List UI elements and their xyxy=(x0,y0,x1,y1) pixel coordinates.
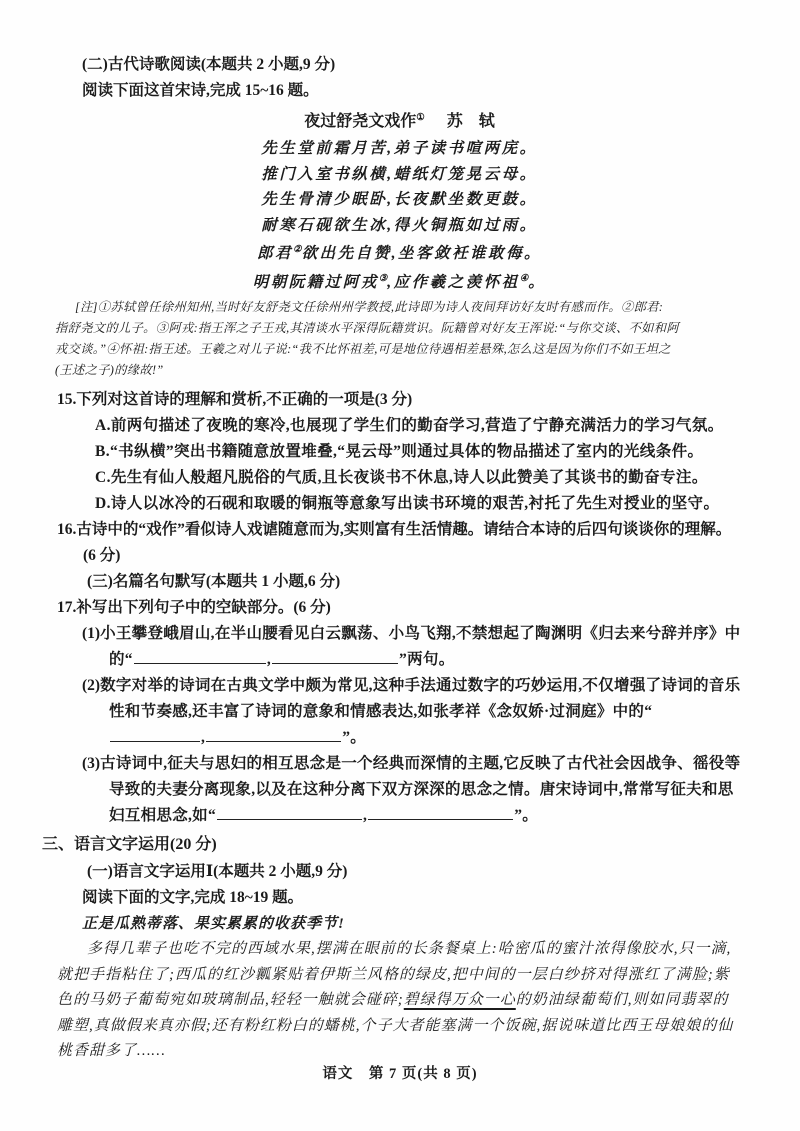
passage-paragraph: 多得几辈子也吃不完的西域水果,摆满在眼前的长条餐桌上:哈密瓜的蜜汁浓得像胶水,只… xyxy=(57,937,742,1065)
answer-blank xyxy=(272,648,398,664)
option: C.先生有仙人般超凡脱俗的气质,且长夜谈书不休息,诗人以此赞美了其谈书的勤奋专注… xyxy=(95,465,742,491)
text-segment: ”两句。 xyxy=(399,651,454,668)
answer-blank xyxy=(217,804,362,820)
answer-blank xyxy=(134,648,266,664)
option: A.前两句描述了夜晚的寒冷,也展现了学生们的勤奋学习,营造了宁静充满活力的学习气… xyxy=(95,413,742,439)
question-15-stem: 下列对这首诗的理解和赏析,不正确的一项是(3 分) xyxy=(76,391,412,408)
poem-line: 明朝阮籍过阿戎③,应作羲之羡怀祖④。 xyxy=(57,267,742,296)
question-16-number: 16. xyxy=(57,521,76,538)
poetry-intro: 阅读下面这首宋诗,完成 15~16 题。 xyxy=(82,78,742,104)
q17-item-1-text: 小王攀登峨眉山,在半山腰看见白云飘荡、小鸟飞翔,不禁想起了陶渊明《归去来兮辞并序… xyxy=(100,625,740,668)
question-16-stem: 古诗中的“戏作”看似诗人戏谑随意而为,实则富有生活情趣。请结合本诗的后四句谈谈你… xyxy=(76,521,731,564)
poem-line: 先生骨清少眠卧,长夜默坐数更鼓。 xyxy=(57,187,742,213)
q17-item-2: (2)数字对举的诗词在古典文学中颇为常见,这种手法通过数字的巧妙运用,不仅增强了… xyxy=(82,673,742,751)
q17-item-3-text: 古诗词中,征夫与思妇的相互思念是一个经典而深情的主题,它反映了古代社会因战争、徭… xyxy=(100,755,740,824)
underlined-phrase: 碧绿得万众一心 xyxy=(404,992,516,1008)
text-segment: 数字对举的诗词在古典文学中颇为常见,这种手法通过数字的巧妙运用,不仅增强了诗词的… xyxy=(100,677,740,720)
q17-item-3: (3)古诗词中,征夫与思妇的相互思念是一个经典而深情的主题,它反映了古代社会因战… xyxy=(82,751,742,829)
text-segment: , xyxy=(267,651,271,668)
text-segment: ”。 xyxy=(342,729,366,746)
option: B.“书纵横”突出书籍随意放置堆叠,“晃云母”则通过具体的物品描述了室内的光线条… xyxy=(95,439,742,465)
text-segment: , xyxy=(363,807,367,824)
poem-line: 耐寒石砚欲生冰,得火铜瓶如过雨。 xyxy=(57,213,742,239)
poem-notes: [注]①苏轼曾任徐州知州,当时好友舒尧文任徐州州学教授,此诗即为诗人夜间拜访好友… xyxy=(55,297,742,381)
q17-item-1-label: (1) xyxy=(82,625,100,642)
text-segment: ”。 xyxy=(514,807,538,824)
subsection-heading-language-use-1: (一)语言文字运用Ⅰ(本题共 2 小题,9 分) xyxy=(87,859,742,885)
section-heading-poetry-reading: (二)古代诗歌阅读(本题共 2 小题,9 分) xyxy=(82,52,742,78)
poem-line: 先生堂前霜月苦,弟子读书喧两庑。 xyxy=(57,136,742,162)
poem-title: 夜过舒尧文戏作① xyxy=(304,113,425,130)
passage-opening-line: 正是瓜熟蒂落、果实累累的收获季节! xyxy=(57,911,742,937)
q17-item-2-text: 数字对举的诗词在古典文学中颇为常见,这种手法通过数字的巧妙运用,不仅增强了诗词的… xyxy=(100,677,740,746)
section-heading-dictation: (三)名篇名句默写(本题共 1 小题,6 分) xyxy=(87,569,742,595)
poem-title-row: 夜过舒尧文戏作①苏 轼 xyxy=(57,104,742,136)
option: D.诗人以冰冷的石砚和取暖的铜瓶等意象写出读书环境的艰苦,衬托了先生对授业的坚守… xyxy=(95,491,742,517)
question-17-stem: 补写出下列句子中的空缺部分。(6 分) xyxy=(76,599,330,616)
section-heading-language-use: 三、语言文字运用(20 分) xyxy=(42,831,742,859)
question-16: 16.古诗中的“戏作”看似诗人戏谑随意而为,实则富有生活情趣。请结合本诗的后四句… xyxy=(57,517,742,569)
question-15-number: 15. xyxy=(57,391,76,408)
answer-blank xyxy=(368,804,513,820)
note-line: [注]①苏轼曾任徐州知州,当时好友舒尧文任徐州州学教授,此诗即为诗人夜间拜访好友… xyxy=(55,297,742,318)
q17-item-2-label: (2) xyxy=(82,677,100,694)
poem-author: 苏 轼 xyxy=(447,113,495,130)
question-17: 17.补写出下列句子中的空缺部分。(6 分) xyxy=(57,595,742,621)
question-17-number: 17. xyxy=(57,599,76,616)
answer-blank xyxy=(110,726,200,742)
note-line: 戎交谈。”④怀祖:指王述。王羲之对儿子说:“我不比怀祖差,可是地位待遇相差悬殊,… xyxy=(55,339,742,360)
language-use-intro: 阅读下面的文字,完成 18~19 题。 xyxy=(82,885,742,911)
q17-item-3-label: (3) xyxy=(82,755,100,772)
poem-line: 郎君②欲出先自赞,坐客敛衽谁敢侮。 xyxy=(57,238,742,267)
question-15: 15.下列对这首诗的理解和赏析,不正确的一项是(3 分) xyxy=(57,387,742,413)
question-15-options: A.前两句描述了夜晚的寒冷,也展现了学生们的勤奋学习,营造了宁静充满活力的学习气… xyxy=(57,413,742,517)
poem-body: 先生堂前霜月苦,弟子读书喧两庑。推门入室书纵横,蜡纸灯笼晃云母。先生骨清少眠卧,… xyxy=(57,136,742,295)
q17-item-1: (1)小王攀登峨眉山,在半山腰看见白云飘荡、小鸟飞翔,不禁想起了陶渊明《归去来兮… xyxy=(82,621,742,673)
exam-page: (二)古代诗歌阅读(本题共 2 小题,9 分) 阅读下面这首宋诗,完成 15~1… xyxy=(0,0,800,1065)
answer-blank xyxy=(206,726,341,742)
page-footer: 语文 第 7 页(共 8 页) xyxy=(0,1062,800,1083)
text-segment: , xyxy=(201,729,205,746)
note-line: 指舒尧文的儿子。③阿戎:指王浑之子王戎,其清谈水平深得阮籍赏识。阮籍曾对好友王浑… xyxy=(55,318,742,339)
poem-line: 推门入室书纵横,蜡纸灯笼晃云母。 xyxy=(57,162,742,188)
note-line: (王述之子)的缘故!” xyxy=(55,360,742,381)
